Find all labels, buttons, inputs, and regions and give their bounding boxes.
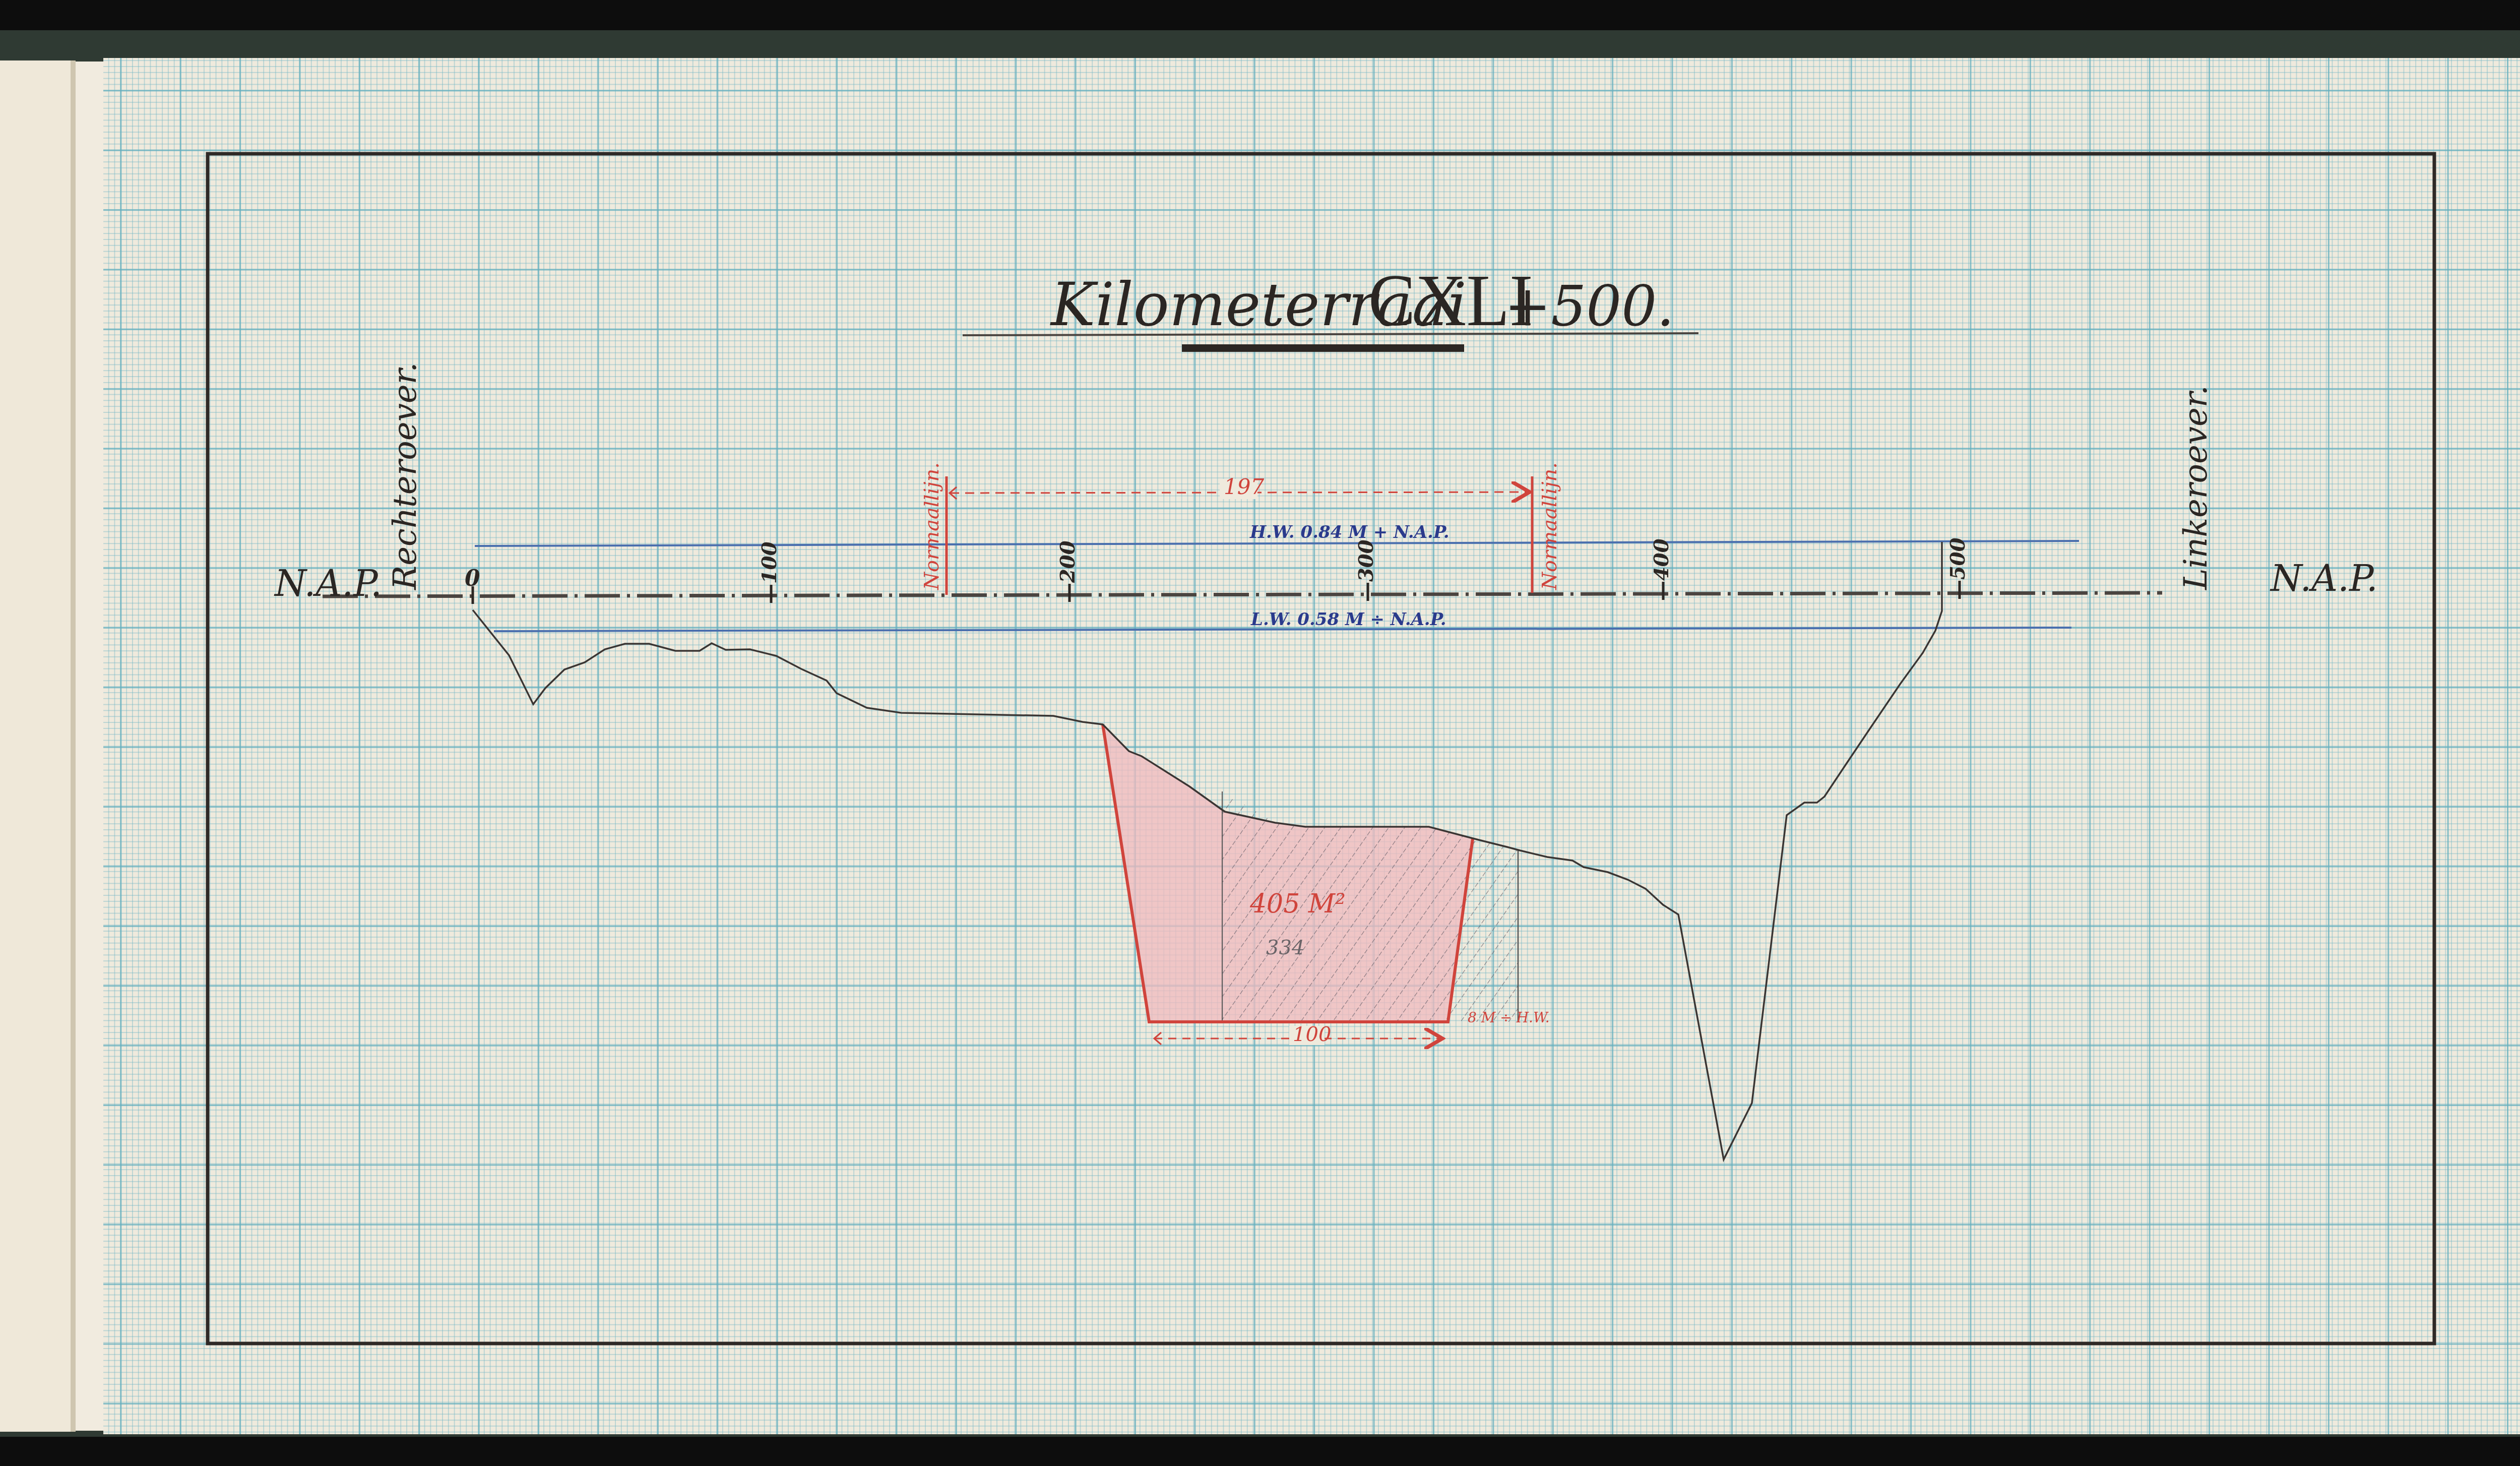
tick-label-300: 300 xyxy=(1354,539,1378,582)
low-water-label: L.W. 0.58 M ÷ N.A.P. xyxy=(1250,609,1446,630)
excavation-width-label: 100 xyxy=(1293,1023,1331,1046)
title-suffix: +500. xyxy=(1504,274,1674,338)
tick-label-200: 200 xyxy=(1056,540,1080,583)
normal-line-left-label: Normaallijn. xyxy=(920,462,943,590)
nap-axis-line xyxy=(323,593,2162,596)
nap-label-left: N.A.P. xyxy=(274,562,382,604)
cross-section-drawing: Kilometerraai CXLI +500. H.W. 0.84 M + N… xyxy=(0,0,2520,1466)
excavation-depth-label: 8 M ÷ H.W. xyxy=(1468,1009,1550,1026)
bank-label-right-bank: Rechteroever. xyxy=(387,362,424,590)
normal-line-right-label: Normaallijn. xyxy=(1538,462,1561,590)
tick-label-400: 400 xyxy=(1650,538,1673,581)
high-water-label: H.W. 0.84 M + N.A.P. xyxy=(1249,522,1450,542)
axis-ticks xyxy=(473,581,1960,604)
bank-label-left-bank: Linkeroever. xyxy=(2177,385,2215,590)
pencil-note: 334 xyxy=(1266,936,1304,959)
nap-label-right: N.A.P. xyxy=(2270,557,2378,599)
tick-label-0: 0 xyxy=(465,566,480,591)
excavation-area-label: 405 M² xyxy=(1249,889,1346,919)
title-bar xyxy=(1182,344,1464,352)
normal-width-label: 197 xyxy=(1224,474,1264,499)
tick-label-500: 500 xyxy=(1946,537,1970,580)
tick-label-100: 100 xyxy=(758,541,781,584)
